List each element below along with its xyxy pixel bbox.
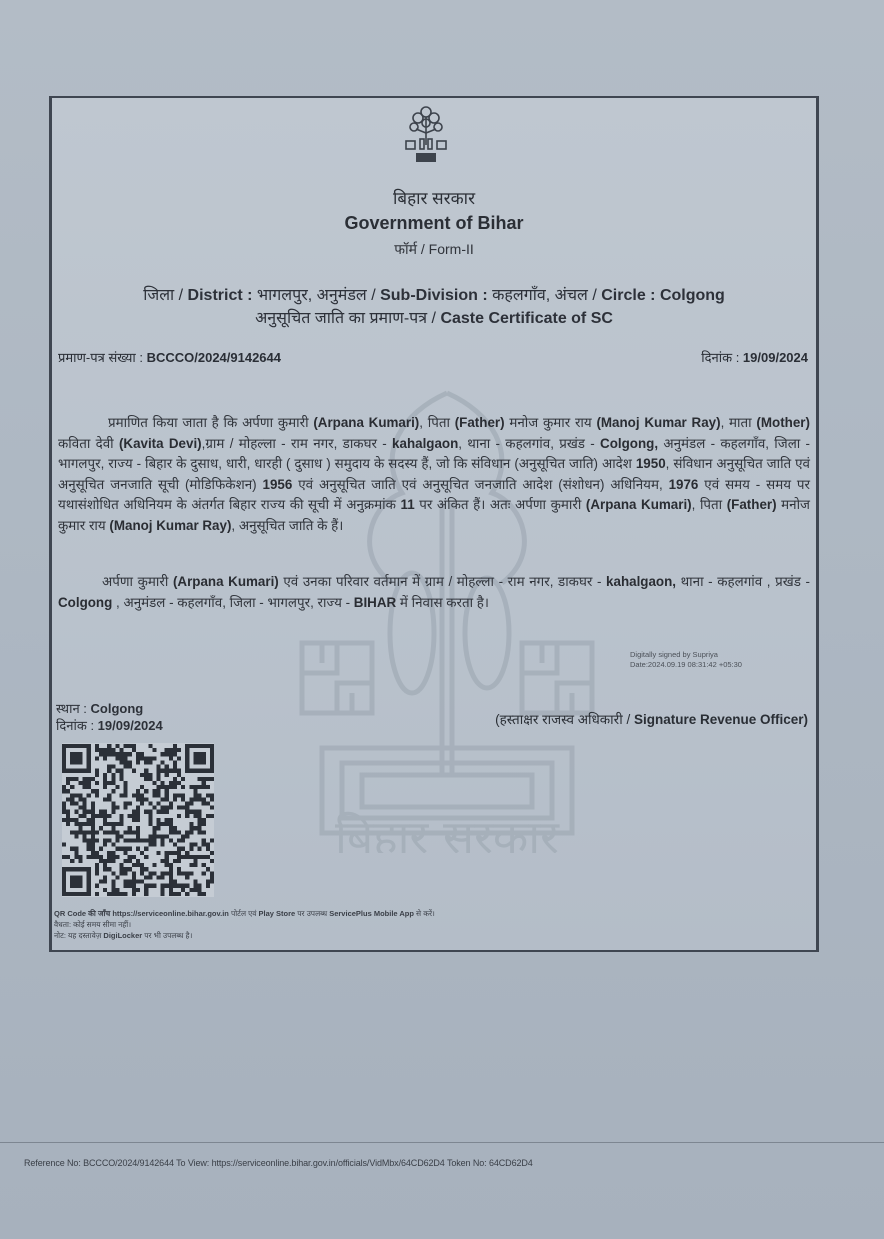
signatory-hindi: (हस्ताक्षर राजस्व अधिकारी / <box>495 712 634 727</box>
text-run: (Manoj Kumar Ray) <box>596 415 720 430</box>
circle-label: Circle : <box>601 287 660 304</box>
text-run: kahalgaon <box>392 436 458 451</box>
digital-signature-date: Date:2024.09.19 08:31:42 +05:30 <box>630 660 742 670</box>
qr-note-mid2: पर उपलब्ध <box>295 909 329 918</box>
qr-note-line-3: नोट: यह दस्तावेज़ DigiLocker पर भी उपलब्… <box>54 930 435 941</box>
text-run: , पिता <box>419 415 454 430</box>
text-run: कविता देवी <box>58 436 119 451</box>
text-run: 1976 <box>669 477 699 492</box>
qr-note3-prefix: नोट: यह दस्तावेज़ <box>54 931 103 940</box>
text-run: (Arpana Kumari) <box>313 415 419 430</box>
text-run: kahalgaon, <box>606 574 676 589</box>
text-run: Colgong <box>58 595 112 610</box>
text-run: , माता <box>721 415 757 430</box>
certificate-date-label: दिनांक : <box>701 350 743 365</box>
signatory: (हस्ताक्षर राजस्व अधिकारी / Signature Re… <box>495 710 808 728</box>
place: स्थान : Colgong <box>56 700 163 717</box>
issue-date-value: 19/09/2024 <box>98 718 163 733</box>
text-run: (Father) <box>455 415 505 430</box>
issue-date-label: दिनांक : <box>56 718 98 733</box>
qr-note-mid: पोर्टल एवं <box>229 909 259 918</box>
certificate-type-hindi: अनुसूचित जाति का प्रमाण-पत्र / <box>255 310 440 327</box>
text-run: में निवास करता है। <box>396 595 489 610</box>
text-run: 1956 <box>263 477 293 492</box>
text-run: 11 <box>401 497 415 512</box>
certificate-type-english: Caste Certificate of SC <box>440 310 613 327</box>
subdivision-label: Sub-Division : <box>380 287 492 304</box>
circle-label-hindi: अंचल / <box>555 287 602 304</box>
district-label-hindi: जिला / <box>143 287 187 304</box>
government-title-hindi: बिहार सरकार <box>52 186 816 209</box>
qr-note-app: ServicePlus Mobile App <box>329 909 414 918</box>
text-run: मनोज कुमार राय <box>505 415 597 430</box>
text-run: अर्पणा कुमारी <box>102 574 173 589</box>
certificate-number-value: BCCCO/2024/9142644 <box>147 350 281 365</box>
certificate-number: प्रमाण-पत्र संख्या : BCCCO/2024/9142644 <box>58 348 281 366</box>
qr-note-line-1: QR Code की जाँच https://serviceonline.bi… <box>54 908 435 919</box>
qr-note: QR Code की जाँच https://serviceonline.bi… <box>54 908 435 941</box>
qr-note3-post: पर भी उपलब्ध है। <box>142 931 192 940</box>
text-run: , अनुसूचित जाति के हैं। <box>231 518 343 533</box>
text-run: , पिता <box>692 497 727 512</box>
government-title: Government of Bihar <box>52 213 816 234</box>
text-run: एवं अनुसूचित जाति एवं अनुसूचित जनजाति आद… <box>292 477 668 492</box>
place-value: Colgong <box>91 701 144 716</box>
text-run: , अनुमंडल - कहलगाँव, जिला - भागलपुर, राज… <box>112 595 353 610</box>
district-value: भागलपुर, <box>257 287 317 304</box>
text-run: (Arpana Kumari) <box>173 574 279 589</box>
caste-certificate: बिहार सरकार बिहार सरकार Government of Bi… <box>49 96 819 952</box>
text-run: BIHAR <box>354 595 396 610</box>
text-run: Colgong, <box>600 436 658 451</box>
certification-paragraph: प्रमाणित किया जाता है कि अर्पणा कुमारी (… <box>58 413 810 536</box>
certificate-type: अनुसूचित जाति का प्रमाण-पत्र / Caste Cer… <box>52 306 816 328</box>
text-run: (Manoj Kumar Ray) <box>109 518 231 533</box>
text-run: (Mother) <box>756 415 810 430</box>
district-label: District : <box>188 287 257 304</box>
jurisdiction-line: जिला / District : भागलपुर, अनुमंडल / Sub… <box>52 283 816 305</box>
text-run: थाना - कहलगांव , प्रखंड - <box>676 574 810 589</box>
subdivision-label-hindi: अनुमंडल / <box>317 287 380 304</box>
text-run: 1950 <box>636 456 666 471</box>
svg-text:बिहार सरकार: बिहार सरकार <box>335 810 560 853</box>
text-run: प्रमाणित किया जाता है कि अर्पणा कुमारी <box>108 415 313 430</box>
circle-value: Colgong <box>660 287 725 304</box>
place-label: स्थान : <box>56 701 91 716</box>
certificate-date: दिनांक : 19/09/2024 <box>701 348 808 366</box>
certificate-date-value: 19/09/2024 <box>743 350 808 365</box>
digital-signature: Digitally signed by Supriya Date:2024.09… <box>630 650 742 670</box>
certificate-number-label: प्रमाण-पत्र संख्या : <box>58 350 147 365</box>
digilocker-label: DigiLocker <box>103 931 142 940</box>
text-run: एवं उनका परिवार वर्तमान में ग्राम / मोहल… <box>279 574 606 589</box>
residence-paragraph: अर्पणा कुमारी (Arpana Kumari) एवं उनका प… <box>58 572 810 613</box>
place-and-date: स्थान : Colgong दिनांक : 19/09/2024 <box>56 700 163 734</box>
text-run: पर अंकित हैं। अतः अर्पणा कुमारी <box>415 497 586 512</box>
qr-note-line-2: वैधता: कोई समय सीमा नहीं। <box>54 919 435 930</box>
qr-note-prefix: QR Code की जाँच <box>54 909 112 918</box>
footer-reference: Reference No: BCCCO/2024/9142644 To View… <box>24 1158 533 1168</box>
text-run: ,ग्राम / मोहल्ला - राम नगर, डाकघर - <box>202 436 392 451</box>
digital-signature-signer: Digitally signed by Supriya <box>630 650 742 660</box>
text-run: (Father) <box>727 497 777 512</box>
text-run: (Arpana Kumari) <box>586 497 692 512</box>
signatory-english: Signature Revenue Officer) <box>634 712 808 727</box>
qr-code-icon[interactable] <box>62 743 214 897</box>
bihar-emblem-icon <box>404 103 448 165</box>
subdivision-value: कहलगाँव, <box>492 287 555 304</box>
footer-divider <box>0 1142 884 1143</box>
issue-date: दिनांक : 19/09/2024 <box>56 717 163 734</box>
form-label: फॉर्म / Form-II <box>52 240 816 259</box>
qr-verify-link[interactable]: https://serviceonline.bihar.gov.in <box>112 909 229 918</box>
qr-note-store: Play Store <box>259 909 296 918</box>
qr-note-post: से करें। <box>414 909 435 918</box>
text-run: , थाना - कहलगांव, प्रखंड - <box>458 436 600 451</box>
text-run: (Kavita Devi) <box>119 436 202 451</box>
